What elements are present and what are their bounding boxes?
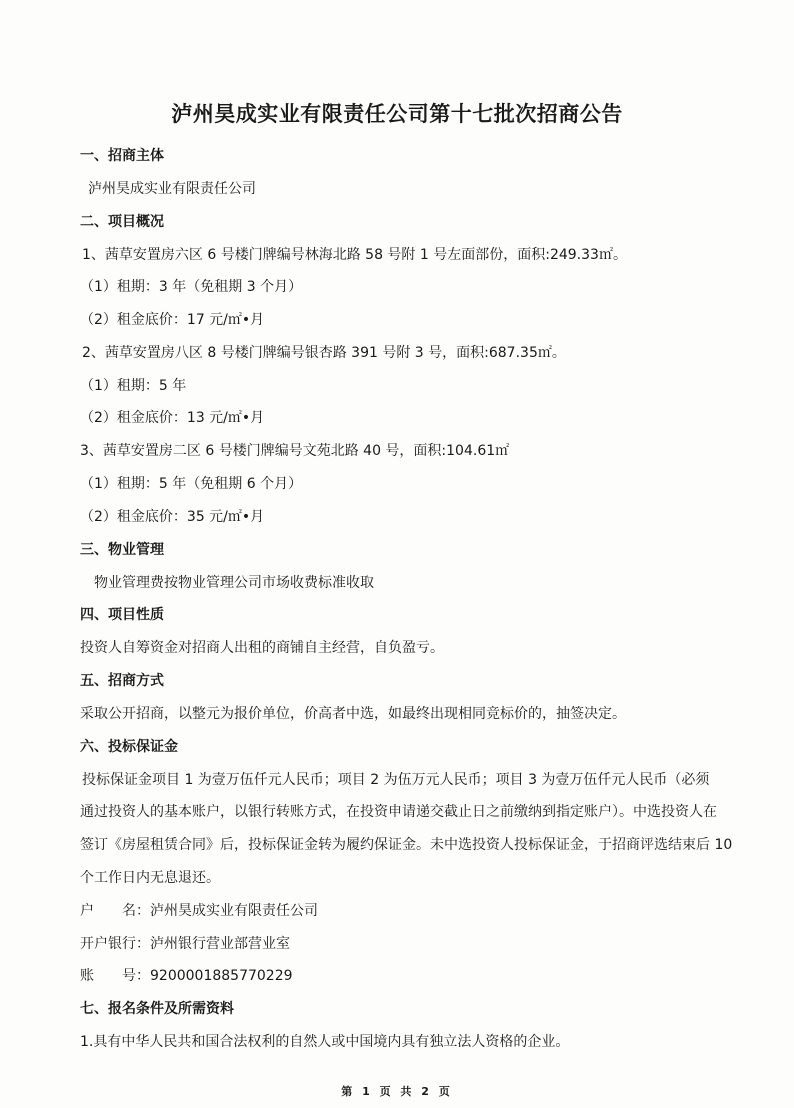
account-bank-value: 泸州银行营业部营业室	[150, 936, 290, 952]
project-1-term: （1）租期：3 年（免租期 3 个月）	[80, 277, 302, 297]
project-2-term: （1）租期：5 年	[80, 376, 186, 396]
section-heading-4: 四、项目性质	[80, 605, 164, 625]
account-bank-label: 开户银行：	[80, 936, 150, 952]
section-heading-3: 三、物业管理	[80, 540, 164, 560]
section-heading-2: 二、项目概况	[80, 212, 164, 232]
section-body-4: 投资人自筹资金对招商人出租的商铺自主经营，自负盈亏。	[80, 638, 444, 658]
project-1-desc: 1、茜草安置房六区 6 号楼门牌编号林海北路 58 号附 1 号左面部份，面积:…	[82, 245, 627, 265]
section-heading-1: 一、招商主体	[80, 146, 164, 166]
project-3-term: （1）租期：5 年（免租期 6 个月）	[80, 474, 302, 494]
section-heading-7: 七、报名条件及所需资料	[80, 999, 234, 1019]
project-2-price: （2）租金底价：13 元/㎡•月	[80, 408, 264, 428]
page-title: 泸州昊成实业有限责任公司第十七批次招商公告	[0, 98, 794, 128]
deposit-line-3: 签订《房屋租赁合同》后，投标保证金转为履约保证金。未中选投资人投标保证金，于招商…	[80, 835, 732, 855]
page-footer: 第 1 页 共 2 页	[0, 1083, 794, 1099]
requirement-1: 1.具有中华人民共和国合法权利的自然人或中国境内具有独立法人资格的企业。	[80, 1032, 569, 1052]
account-number-value: 9200001885770229	[150, 968, 293, 984]
account-name-value: 泸州昊成实业有限责任公司	[150, 903, 318, 919]
section-body-3: 物业管理费按物业管理公司市场收费标准收取	[94, 573, 374, 593]
account-name-row: 户 名：泸州昊成实业有限责任公司	[80, 901, 318, 921]
project-3-desc: 3、茜草安置房二区 6 号楼门牌编号文苑北路 40 号，面积:104.61㎡	[80, 441, 509, 461]
account-number-row: 账 号：9200001885770229	[80, 966, 293, 986]
deposit-line-4: 个工作日内无息退还。	[80, 868, 220, 888]
section-heading-5: 五、招商方式	[80, 671, 164, 691]
project-3-price: （2）租金底价：35 元/㎡•月	[80, 507, 264, 527]
section-body-5: 采取公开招商，以整元为报价单位，价高者中选，如最终出现相同竞标价的，抽签决定。	[80, 704, 626, 724]
account-name-label: 户 名：	[80, 903, 150, 919]
deposit-line-1: 投标保证金项目 1 为壹万伍仟元人民币；项目 2 为伍万元人民币；项目 3 为壹…	[82, 770, 709, 790]
deposit-line-2: 通过投资人的基本账户，以银行转账方式，在投资申请递交截止日之前缴纳到指定账户）。…	[80, 802, 717, 822]
section-body-1: 泸州昊成实业有限责任公司	[88, 179, 256, 199]
account-bank-row: 开户银行：泸州银行营业部营业室	[80, 934, 290, 954]
account-number-label: 账 号：	[80, 968, 150, 984]
project-1-price: （2）租金底价：17 元/㎡•月	[80, 310, 264, 330]
section-heading-6: 六、投标保证金	[80, 737, 178, 757]
project-2-desc: 2、茜草安置房八区 8 号楼门牌编号银杏路 391 号附 3 号，面积:687.…	[82, 343, 566, 363]
